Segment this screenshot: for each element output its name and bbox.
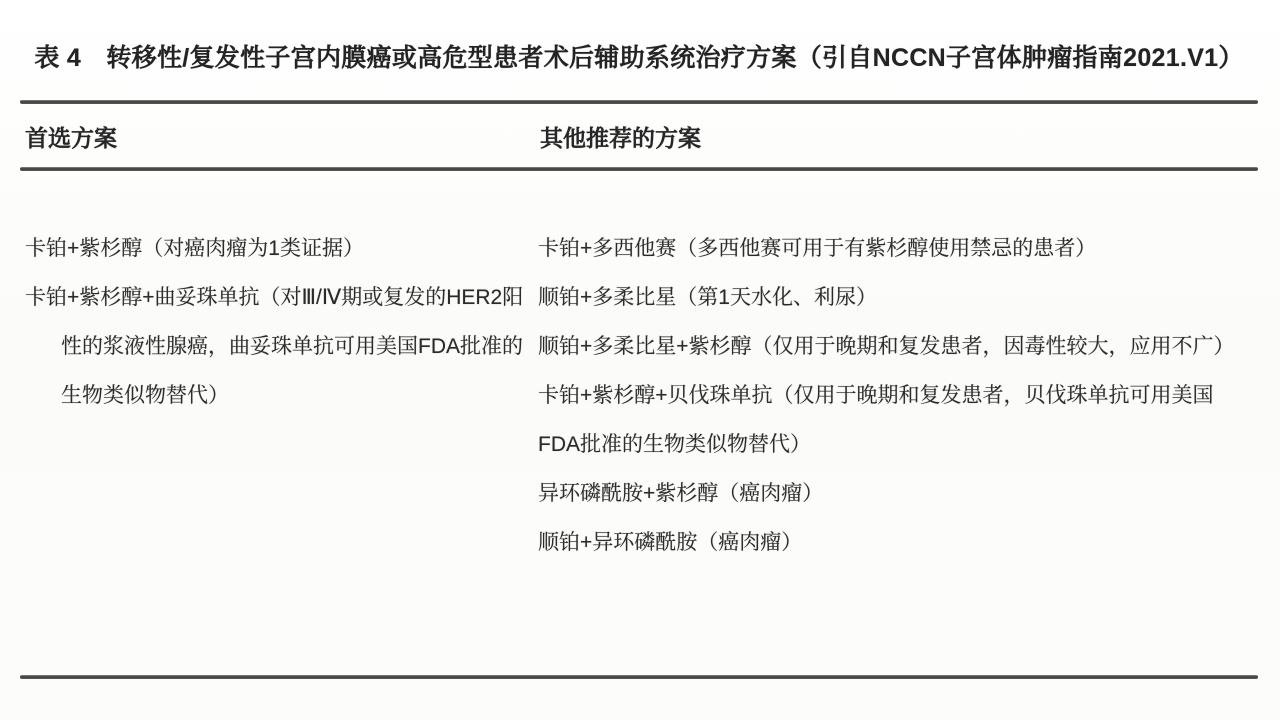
regimen-item: 卡铂+紫杉醇（对癌肉瘤为1类证据）	[25, 224, 537, 273]
scanned-page: 表 4 转移性/复发性子宫内膜癌或高危型患者术后辅助系统治疗方案（引自NCCN子…	[0, 0, 1280, 720]
other-recommended-regimens-column: 卡铂+多西他赛（多西他赛可用于有紫杉醇使用禁忌的患者） 顺铂+多柔比星（第1天水…	[538, 224, 1254, 567]
regimen-item: 顺铂+多柔比星+紫杉醇（仅用于晚期和复发患者，因毒性较大，应用不广）	[538, 322, 1254, 371]
table-caption: 表 4 转移性/复发性子宫内膜癌或高危型患者术后辅助系统治疗方案（引自NCCN子…	[20, 38, 1258, 74]
regimen-item: 顺铂+异环磷酰胺（癌肉瘤）	[538, 518, 1254, 567]
regimen-item: 顺铂+多柔比星（第1天水化、利尿）	[538, 273, 1254, 322]
regimen-item: 卡铂+紫杉醇+曲妥珠单抗（对Ⅲ/Ⅳ期或复发的HER2阳性的浆液性腺癌，曲妥珠单抗…	[25, 273, 537, 420]
regimen-item: 卡铂+多西他赛（多西他赛可用于有紫杉醇使用禁忌的患者）	[538, 224, 1254, 273]
regimen-item: 异环磷酰胺+紫杉醇（癌肉瘤）	[538, 469, 1254, 518]
column-header-preferred: 首选方案	[25, 120, 117, 153]
preferred-regimens-column: 卡铂+紫杉醇（对癌肉瘤为1类证据） 卡铂+紫杉醇+曲妥珠单抗（对Ⅲ/Ⅳ期或复发的…	[25, 224, 537, 420]
table-bottom-rule	[20, 675, 1258, 679]
table-header-rule	[20, 167, 1258, 171]
column-header-other-recommended: 其他推荐的方案	[540, 120, 701, 153]
regimen-item: 卡铂+紫杉醇+贝伐珠单抗（仅用于晚期和复发患者，贝伐珠单抗可用美国FDA批准的生…	[538, 371, 1254, 469]
table-top-rule	[20, 100, 1258, 104]
